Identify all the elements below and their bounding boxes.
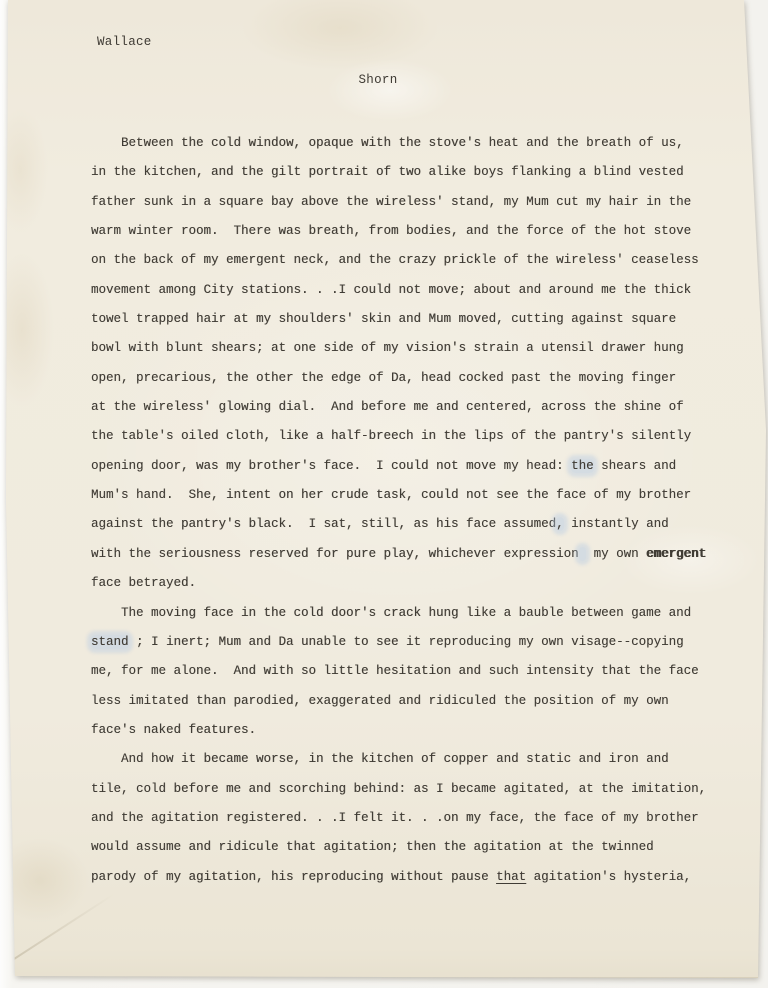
page-title: Shorn bbox=[0, 73, 756, 87]
text-line: opening door, was my brother's face. I c… bbox=[91, 452, 731, 481]
text-line: Between the cold window, opaque with the… bbox=[91, 129, 731, 158]
underlined-word: that bbox=[496, 870, 526, 884]
text-line: face's naked features. bbox=[91, 716, 731, 745]
text-line: open, precarious, the other the edge of … bbox=[91, 364, 731, 393]
text-line: towel trapped hair at my shoulders' skin… bbox=[91, 305, 731, 334]
manuscript-paper: Wallace Shorn Between the cold window, o… bbox=[0, 0, 768, 988]
text-line: the table's oiled cloth, like a half-bre… bbox=[91, 422, 731, 451]
text-line: bowl with blunt shears; at one side of m… bbox=[91, 334, 731, 363]
manuscript-body: Between the cold window, opaque with the… bbox=[91, 129, 731, 892]
text-line: with the seriousness reserved for pure p… bbox=[91, 540, 731, 569]
text-line: movement among City stations. . .I could… bbox=[91, 276, 731, 305]
text-line: tile, cold before me and scorching behin… bbox=[91, 775, 731, 804]
correction-fluid-mark: , bbox=[556, 517, 564, 531]
text-line: less imitated than parodied, exaggerated… bbox=[91, 687, 731, 716]
text-line: would assume and ridicule that agitation… bbox=[91, 833, 731, 862]
paragraph: And how it became worse, in the kitchen … bbox=[91, 745, 731, 892]
correction-fluid-mark: the bbox=[571, 459, 594, 473]
text-line: Mum's hand. She, intent on her crude tas… bbox=[91, 481, 731, 510]
paragraph: The moving face in the cold door's crack… bbox=[91, 599, 731, 746]
paper-crease bbox=[0, 893, 114, 976]
overtyped-word: emergent bbox=[646, 547, 706, 561]
author-name: Wallace bbox=[97, 35, 152, 49]
paper-shadow-wrap: Wallace Shorn Between the cold window, o… bbox=[0, 0, 768, 988]
text-line: face betrayed. bbox=[91, 569, 731, 598]
text-line: me, for me alone. And with so little hes… bbox=[91, 657, 731, 686]
correction-fluid-mark: stand bbox=[91, 635, 129, 649]
text-line: at the wireless' glowing dial. And befor… bbox=[91, 393, 731, 422]
text-line: warm winter room. There was breath, from… bbox=[91, 217, 731, 246]
text-line: stand ; I inert; Mum and Da unable to se… bbox=[91, 628, 731, 657]
text-line: in the kitchen, and the gilt portrait of… bbox=[91, 158, 731, 187]
text-line: on the back of my emergent neck, and the… bbox=[91, 246, 731, 275]
text-line: parody of my agitation, his reproducing … bbox=[91, 863, 731, 892]
scanned-page: Wallace Shorn Between the cold window, o… bbox=[0, 0, 768, 988]
correction-fluid-mark bbox=[579, 547, 587, 561]
text-line: father sunk in a square bay above the wi… bbox=[91, 188, 731, 217]
text-line: and the agitation registered. . .I felt … bbox=[91, 804, 731, 833]
paper-bottom-crease bbox=[10, 977, 758, 978]
text-line: The moving face in the cold door's crack… bbox=[91, 599, 731, 628]
text-line: And how it became worse, in the kitchen … bbox=[91, 745, 731, 774]
text-line: against the pantry's black. I sat, still… bbox=[91, 510, 731, 539]
paragraph: Between the cold window, opaque with the… bbox=[91, 129, 731, 599]
